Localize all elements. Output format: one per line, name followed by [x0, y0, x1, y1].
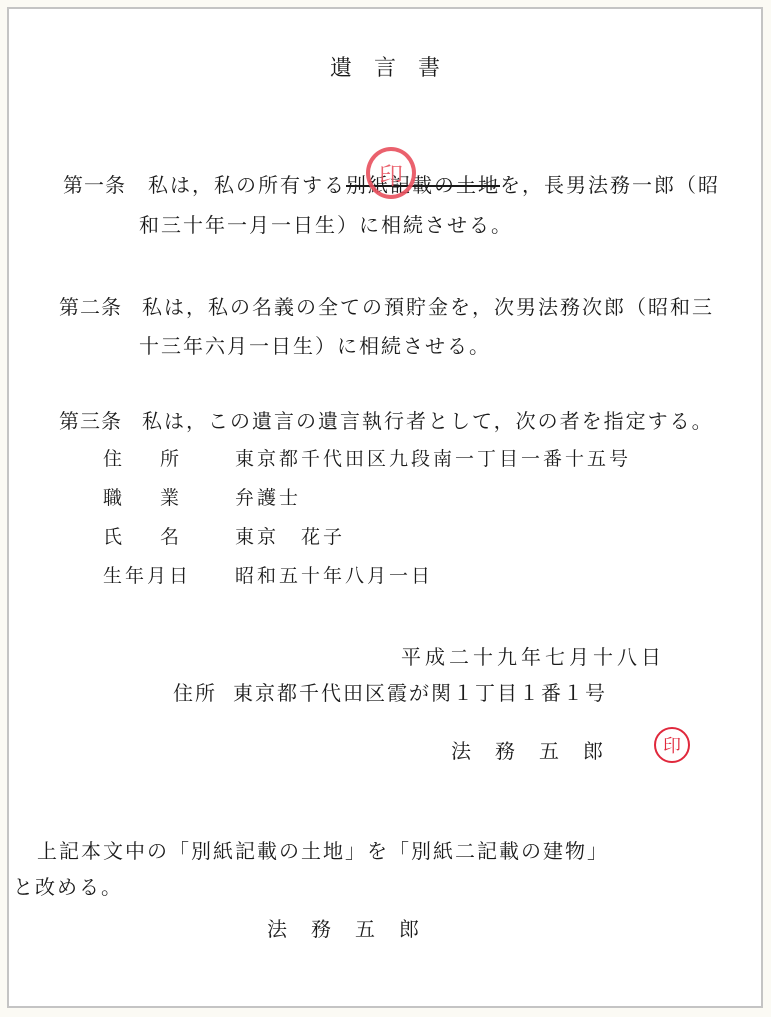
will-date: 平成二十九年七月十八日	[401, 645, 665, 669]
amendment-line-1: 上記本文中の「別紙記載の土地」を「別紙二記載の建物」	[37, 839, 609, 863]
article-1-line-2: 和三十年一月一日生）に相続させる。	[139, 213, 513, 237]
will-document-page: 遺言書 第一条私は，私の所有する別紙記載の土地を，長男法務一郎（昭 印 和三十年…	[7, 7, 763, 1008]
executor-address-value: 東京都千代田区九段南一丁目一番十五号	[235, 448, 631, 470]
article-3-line-1: 第三条私は，この遺言の遺言執行者として，次の者を指定する。	[59, 409, 714, 433]
article-1-text-pre: 私は，私の所有する	[148, 173, 346, 197]
article-3-label: 第三条	[59, 409, 122, 433]
executor-name-label: 氏名	[103, 525, 235, 549]
executor-address-row: 住所東京都千代田区九段南一丁目一番十五号	[103, 447, 631, 471]
article-2-label: 第二条	[59, 295, 122, 319]
executor-occupation-label: 職業	[103, 486, 235, 510]
executor-occupation-row: 職業弁護士	[103, 486, 301, 510]
amendment-line-2: と改める。	[13, 875, 123, 899]
executor-birthdate-label: 生年月日	[103, 564, 235, 588]
article-3-text: 私は，この遺言の遺言執行者として，次の者を指定する。	[142, 409, 714, 433]
executor-occupation-value: 弁護士	[235, 487, 301, 509]
amendment-signature: 法務五郎	[267, 913, 443, 942]
document-title: 遺言書	[9, 51, 761, 82]
correction-seal-icon: 印	[366, 147, 416, 199]
article-1-label: 第一条	[63, 173, 126, 197]
executor-birthdate-row: 生年月日昭和五十年八月一日	[103, 564, 433, 588]
testator-signature: 法務五郎	[451, 735, 627, 764]
executor-name-value: 東京 花子	[235, 526, 345, 548]
signature-seal-icon: 印	[654, 727, 690, 763]
executor-name-row: 氏名東京 花子	[103, 525, 345, 549]
article-2-line-1: 第二条私は，私の名義の全ての預貯金を，次男法務次郎（昭和三	[59, 295, 714, 319]
executor-address-label: 住所	[103, 447, 235, 471]
testator-address-label: 住所	[173, 681, 217, 705]
testator-address-value: 東京都千代田区霞が関１丁目１番１号	[233, 681, 607, 705]
article-1-text-post: を，長男法務一郎（昭	[500, 173, 720, 197]
executor-birthdate-value: 昭和五十年八月一日	[235, 565, 433, 587]
article-2-text: 私は，私の名義の全ての預貯金を，次男法務次郎（昭和三	[142, 295, 714, 319]
testator-address-row: 住所東京都千代田区霞が関１丁目１番１号	[173, 681, 607, 705]
article-2-line-2: 十三年六月一日生）に相続させる。	[139, 334, 491, 358]
